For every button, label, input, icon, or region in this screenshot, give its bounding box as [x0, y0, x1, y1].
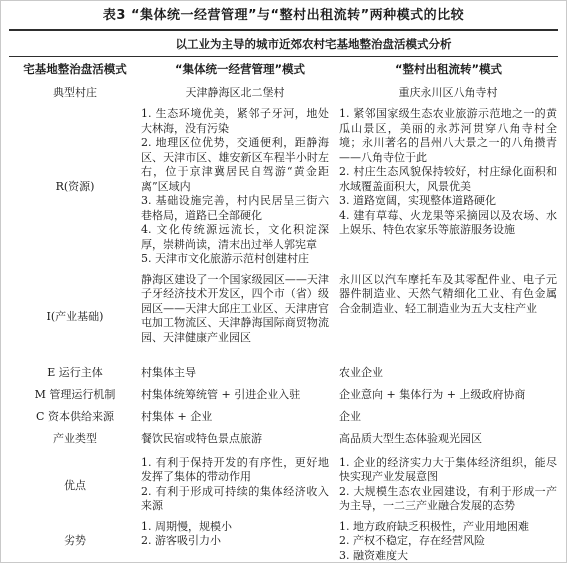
table-row-industry-base: I(产业基础) 静海区建设了一个国家级园区——天津子牙经济技术开发区，四个市（省… — [9, 267, 558, 363]
cell-collective-resources: 1. 生态环境优美，紧邻子牙河，地处大林海，没有污染 2. 地理区位优势，交通便… — [141, 107, 339, 267]
table-row-capital-source: C 资本供给来源 村集体 + 企业 企业 — [9, 407, 558, 429]
table-row-industry-type: 产业类型 餐饮民宿或特色景点旅游 高品质大型生态体验观光园区 — [9, 429, 558, 451]
row-label: E 运行主体 — [9, 366, 141, 381]
table-row-disadvantages: 劣势 1. 周期慢，规模小 2. 游客吸引力小 1. 地方政府缺乏积极性，产业用… — [9, 518, 558, 563]
row-label: C 资本供给来源 — [9, 410, 141, 425]
cell-lease-capital: 企业 — [339, 410, 558, 425]
table-row-advantages: 优点 1. 有利于保持开发的有序性，更好地发挥了集体的带动作用 2. 有利于形成… — [9, 451, 558, 518]
row-label: 典型村庄 — [9, 86, 141, 101]
comparison-table: 宅基地整治盘活模式 “集体统一经营管理”模式 “整村出租流转”模式 典型村庄 天… — [9, 57, 558, 563]
cell-collective-village: 天津静海区北二堡村 — [141, 86, 339, 101]
row-label: M 管理运行机制 — [9, 388, 141, 403]
cell-collective-disadvantages: 1. 周期慢，规模小 2. 游客吸引力小 — [141, 520, 339, 549]
table-row-management-mechanism: M 管理运行机制 村集体统筹统管 + 引进企业入驻 企业意向 + 集体行为 + … — [9, 384, 558, 407]
cell-lease-industry-type: 高品质大型生态体验观光园区 — [339, 432, 558, 447]
cell-collective-advantages: 1. 有利于保持开发的有序性，更好地发挥了集体的带动作用 2. 有利于形成可持续… — [141, 456, 339, 514]
row-label: 优点 — [9, 479, 141, 494]
cell-lease-entity: 农业企业 — [339, 366, 558, 381]
table-caption: 表3 “集体统一经营管理”与“整村出租流转”两种模式的比较 — [9, 1, 558, 29]
cell-collective-mechanism: 村集体统筹统管 + 引进企业入驻 — [141, 388, 339, 403]
cell-collective-entity: 村集体主导 — [141, 366, 339, 381]
row-label: R(资源) — [9, 180, 141, 195]
cell-lease-disadvantages: 1. 地方政府缺乏积极性，产业用地困难 2. 产权不稳定，存在经营风险 3. 融… — [339, 520, 558, 563]
cell-collective-industry: 静海区建设了一个国家级园区——天津子牙经济技术开发区，四个市（省）级园区——天津… — [141, 273, 339, 346]
paper-table-page: 表3 “集体统一经营管理”与“整村出租流转”两种模式的比较 以工业为主导的城市近… — [0, 0, 567, 563]
cell-lease-advantages: 1. 企业的经济实力大于集体经济组织，能尽快实现产业发展意图 2. 大规模生态农… — [339, 456, 558, 514]
table-row-typical-village: 典型村庄 天津静海区北二堡村 重庆永川区八角寺村 — [9, 82, 558, 105]
table-header-row: 宅基地整治盘活模式 “集体统一经营管理”模式 “整村出租流转”模式 — [9, 57, 558, 82]
row-label: 劣势 — [9, 534, 141, 549]
cell-lease-village: 重庆永川区八角寺村 — [339, 86, 558, 101]
table-row-operating-entity: E 运行主体 村集体主导 农业企业 — [9, 363, 558, 384]
column-header-mode: 宅基地整治盘活模式 — [9, 62, 141, 77]
table-row-resources: R(资源) 1. 生态环境优美，紧邻子牙河，地处大林海，没有污染 2. 地理区位… — [9, 105, 558, 267]
column-header-lease-mode: “整村出租流转”模式 — [339, 62, 558, 77]
spanner-header: 以工业为主导的城市近郊农村宅基地整治盘活模式分析 — [9, 31, 558, 56]
row-label: I(产业基础) — [9, 310, 141, 325]
cell-lease-resources: 1. 紧邻国家级生态农业旅游示范地之一的黄瓜山景区，美丽的永苏河贯穿八角寺村全境… — [339, 107, 558, 238]
column-header-collective-mode: “集体统一经营管理”模式 — [141, 62, 339, 77]
table-figure: 表3 “集体统一经营管理”与“整村出租流转”两种模式的比较 以工业为主导的城市近… — [1, 1, 566, 563]
cell-collective-capital: 村集体 + 企业 — [141, 410, 339, 425]
cell-collective-industry-type: 餐饮民宿或特色景点旅游 — [141, 432, 339, 447]
row-label: 产业类型 — [9, 432, 141, 447]
cell-lease-mechanism: 企业意向 + 集体行为 + 上级政府协商 — [339, 388, 558, 403]
cell-lease-industry: 永川区以汽车摩托车及其零配件业、电子元器件制造业、天然气精细化工业、有色金属合金… — [339, 273, 558, 317]
